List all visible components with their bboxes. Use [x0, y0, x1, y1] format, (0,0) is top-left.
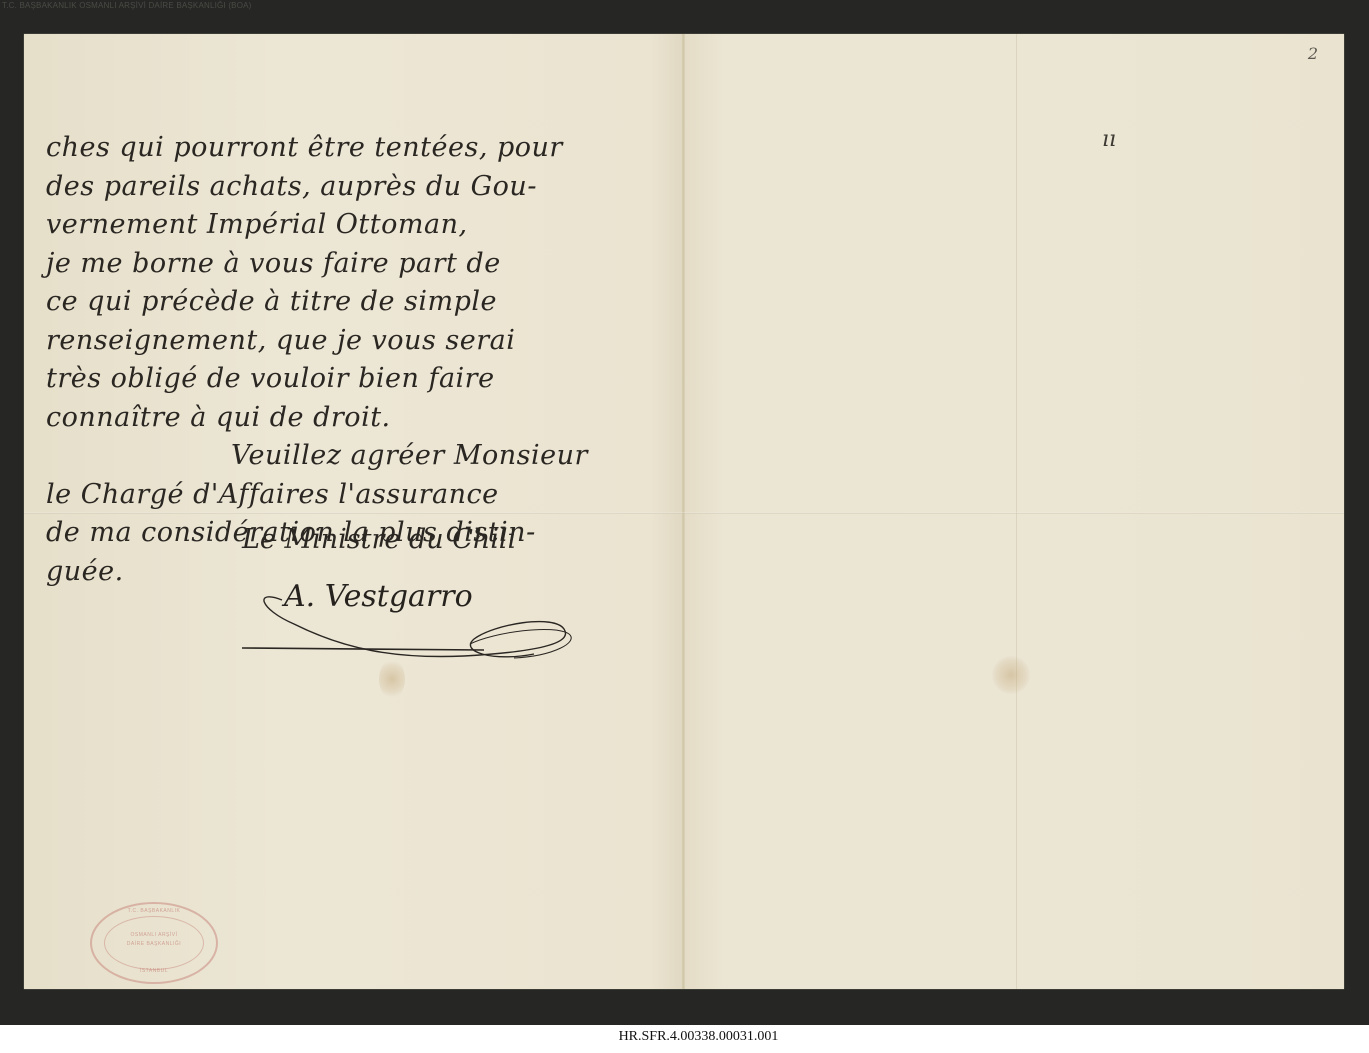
stamp-text-middle: OSMANLI ARŞİVİ [92, 932, 216, 938]
archive-stamp: T.C. BAŞBAKANLIK OSMANLI ARŞİVİ DAİRE BA… [90, 902, 218, 984]
paper-stain [992, 656, 1030, 694]
body-line: très obligé de vouloir bien faire [46, 360, 656, 399]
letter-sheet: 2 ıı ches qui pourront être tentées, pou… [24, 34, 1344, 989]
stamp-text-middle: DAİRE BAŞKANLIĞI [92, 941, 216, 947]
body-line: vernement Impérial Ottoman, [46, 206, 656, 245]
body-line: ce qui précède à titre de simple [46, 283, 656, 322]
body-line: renseignement, que je vous serai [46, 322, 656, 361]
stamp-text-bottom: İSTANBUL [92, 968, 216, 974]
letter-body: ches qui pourront être tentées, pour des… [46, 129, 656, 591]
body-line: ches qui pourront être tentées, pour [46, 129, 656, 168]
signature-title: Le Ministre du Chili [242, 524, 516, 555]
body-line: des pareils achats, auprès du Gou- [46, 168, 656, 207]
body-line: je me borne à vous faire part de [46, 245, 656, 284]
archive-header: T.C. BAŞBAKANLIK OSMANLI ARŞİVİ DAİRE BA… [2, 1, 252, 10]
document-caption: HR.SFR.4.00338.00031.001 [0, 1025, 1369, 1053]
scanned-document: T.C. BAŞBAKANLIK OSMANLI ARŞİVİ DAİRE BA… [0, 0, 1369, 1025]
pencil-mark: ıı [1102, 127, 1116, 152]
stamp-text-top: T.C. BAŞBAKANLIK [92, 908, 216, 914]
body-line: connaître à qui de droit. [46, 399, 656, 438]
signature-name: A. Vestgarro [284, 579, 473, 614]
page-number: 2 [1308, 44, 1318, 63]
document-reference: HR.SFR.4.00338.00031.001 [619, 1029, 779, 1045]
closing-line: le Chargé d'Affaires l'assurance [46, 476, 656, 515]
closing-line: Veuillez agréer Monsieur [46, 437, 656, 476]
